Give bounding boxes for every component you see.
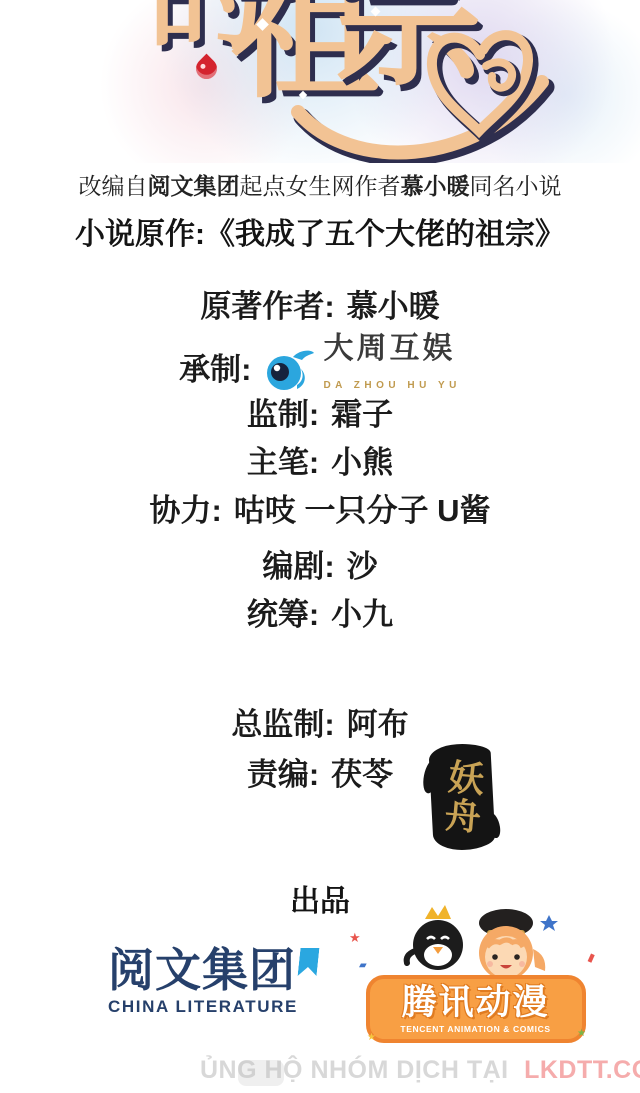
credit-name: 阿布 [347,706,409,744]
comic-credits-page: 的 祖 宗 改编自阅文集团起点女生网作者慕小暖同名小说 小说原作:《我成了五个大… [0,0,640,1093]
adaptation-prefix: 改编自 [79,173,148,199]
credit-row-lead-artist: 主笔: 小熊 [0,444,640,482]
confetti-decoration: ★ [349,931,361,944]
stamp-characters: 妖舟 [433,757,490,837]
calligraphy-stamp: 妖舟 [428,742,495,851]
confetti-decoration: ▰ [359,961,367,971]
confetti-decoration: ▮ [586,952,596,965]
dazhou-eye-icon [263,347,315,393]
credit-role: 主笔: [247,444,319,482]
credit-name: 咕吱 一只分子 U酱 [234,492,491,530]
credit-row-coordinator: 统筹: 小九 [0,596,640,634]
credit-row-assistants: 协力: 咕吱 一只分子 U酱 [0,492,640,530]
credit-row-producer: 承制: 大周互娱 DA ZHOU HU YU [0,334,640,405]
credit-role: 协力: [150,492,222,530]
credit-row-supervisor: 监制: 霜子 [0,396,640,434]
flag-icon [298,948,320,976]
credit-role: 承制: [179,351,251,389]
heart-flourish-icon [290,0,600,163]
tencent-comics-badge: 腾讯动漫 TENCENT ANIMATION & COMICS [366,975,586,1043]
dazhou-name-cn: 大周互娱 [323,334,455,364]
author-name: 慕小暖 [401,173,470,199]
adaptation-suffix: 同名小说 [470,173,562,199]
china-literature-name-cn: 阅文集团 [108,946,296,994]
credit-role: 总监制: [231,706,334,744]
dazhou-huyu-logo: 大周互娱 DA ZHOU HU YU [263,334,460,405]
credit-role: 责编: [247,756,319,794]
adaptation-middle: 起点女生网作者 [240,173,401,199]
tencent-comics-logo: 腾讯动漫 TENCENT ANIMATION & COMICS ★ ▰ ▮ ★ … [363,903,588,1043]
publisher-name: 阅文集团 [148,173,240,199]
production-label: 出品 [284,882,356,922]
credit-row-original-author: 原著作者: 慕小暖 [0,288,640,326]
credit-name: 茯苓 [331,756,393,794]
original-novel-title-line: 小说原作:《我成了五个大佬的祖宗》 [0,214,640,256]
credit-role: 原著作者: [200,288,334,326]
watermark-site: LKDTT.COM [524,1056,640,1084]
china-literature-logo: 阅文集团 CHINA LITERATURE [108,946,348,1017]
watermark-text: ỦNG HỘ NHÓM DỊCH TẠI [200,1056,509,1084]
credit-role: 编剧: [262,548,334,586]
tencent-comics-name-en: TENCENT ANIMATION & COMICS [374,1024,578,1034]
credit-role: 监制: [247,396,319,434]
adaptation-credit-line: 改编自阅文集团起点女生网作者慕小暖同名小说 [0,170,640,202]
credit-name: 慕小暖 [347,288,440,326]
tencent-comics-name-cn: 腾讯动漫 [374,983,578,1023]
china-literature-name-en: CHINA LITERATURE [108,997,348,1017]
credit-name: 霜子 [331,396,393,434]
credit-role: 统筹: [247,596,319,634]
series-title-artwork: 的 祖 宗 [0,0,640,163]
translation-watermark: ỦNG HỘ NHÓM DỊCH TẠI LKDTT.COM [200,1056,640,1085]
credit-name: 小熊 [331,444,393,482]
credit-row-chief-supervisor: 总监制: 阿布 [0,706,640,744]
confetti-decoration: ★ [367,1033,376,1043]
credit-row-editor: 责编: 茯苓 [0,756,640,794]
credit-name: 小九 [331,596,393,634]
original-novel-title: 小说原作:《我成了五个大佬的祖宗》 [69,214,571,256]
credit-row-screenwriter: 编剧: 沙 [0,548,640,586]
mascot-characters-icon [391,903,561,981]
credit-name: 沙 [347,548,378,586]
confetti-decoration: ★ [577,1029,586,1039]
